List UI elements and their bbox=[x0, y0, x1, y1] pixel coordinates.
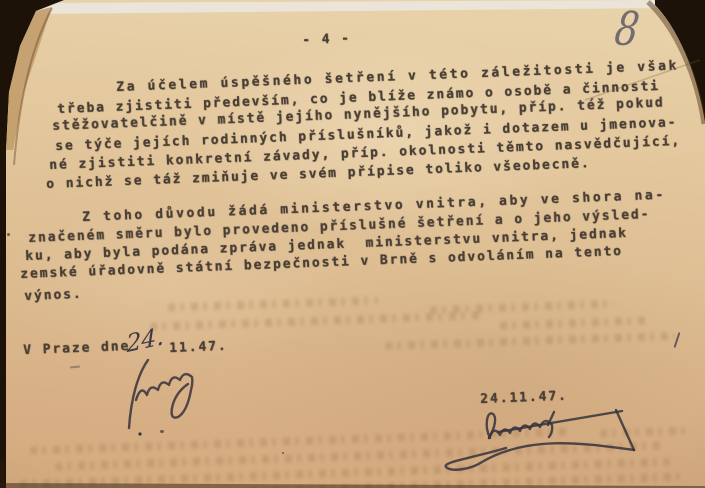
ink-speck bbox=[7, 233, 10, 236]
bleedthrough-text bbox=[430, 300, 615, 314]
pencil-dash bbox=[70, 365, 80, 368]
bleedthrough-text bbox=[385, 332, 675, 350]
page-edge-crease bbox=[14, 8, 52, 165]
handwritten-page-number: 8 bbox=[612, 2, 643, 58]
background-strip bbox=[28, 0, 668, 14]
underlying-page-corner bbox=[6, 7, 52, 150]
dark-edge-bottom-left bbox=[0, 460, 5, 488]
dark-edge-bottom bbox=[0, 483, 705, 488]
bleedthrough-text bbox=[150, 311, 480, 331]
ink-speck bbox=[282, 452, 284, 454]
bleedthrough-text bbox=[168, 296, 378, 311]
bleedthrough-text bbox=[250, 472, 680, 488]
pen-mark bbox=[674, 332, 681, 348]
signature-left-icon bbox=[114, 350, 234, 445]
bleedthrough-text bbox=[500, 316, 650, 329]
signature-right-icon bbox=[436, 396, 651, 471]
typed-line: výnos. bbox=[24, 287, 83, 304]
document-photo: - 4 - 8 Za účelem úspěšného šetření v té… bbox=[0, 0, 705, 488]
page-number: - 4 - bbox=[302, 31, 351, 48]
